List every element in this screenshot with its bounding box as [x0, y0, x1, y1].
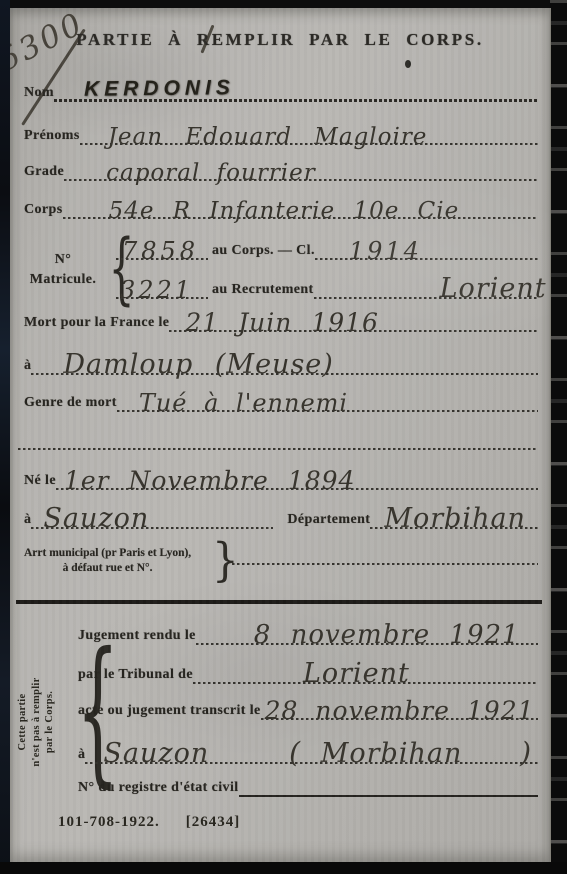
section-divider-rule: [16, 600, 542, 604]
prenoms-line: Jean Edouard Magloire: [80, 121, 538, 145]
film-edge-bottom: [0, 862, 567, 874]
sidebar-note-line1: Cette partie: [17, 694, 28, 751]
arr-municipal-label-line1: Arrt municipal (pr Paris et Lyon),: [24, 547, 191, 559]
mort-line: 21 Juin 1916: [169, 308, 538, 332]
nom-label: Nom: [24, 85, 54, 102]
tribunal-value: Lorient: [303, 658, 410, 689]
departement-value: Morbihan: [384, 503, 526, 534]
matricule-corps-line: 7858: [116, 236, 208, 260]
corps-line: 54e R Infanterie 10e Cie: [63, 195, 538, 219]
grade-label: Grade: [24, 164, 64, 181]
ne-le-label: Né le: [24, 473, 56, 490]
arr-municipal-line: [232, 541, 538, 565]
corps-value: 54e R Infanterie 10e Cie: [109, 198, 460, 224]
prenoms-value: Jean Edouard Magloire: [108, 124, 428, 150]
footer-reference: [26434]: [186, 814, 241, 831]
matricule-recrutement-line: 3221: [116, 275, 208, 299]
sidebar-note-line2: n'est pas à remplir: [31, 677, 42, 766]
mort-date: 21 Juin 1916: [185, 308, 379, 337]
field-prenoms: Prénoms Jean Edouard Magloire: [24, 121, 538, 145]
classe-value: 1914: [349, 237, 422, 265]
film-edge-left: [0, 0, 10, 874]
departement-label: Département: [287, 512, 370, 529]
matricule-label-line1: N°: [55, 252, 72, 267]
lieu-deces-value: Damloup (Meuse): [63, 349, 333, 380]
corps-label: Corps: [24, 202, 63, 219]
transcrit-line: 28 novembre 1921: [261, 696, 538, 720]
field-mort: Mort pour la France le 21 Juin 1916: [24, 308, 538, 332]
ink-dot: [405, 60, 411, 68]
lieu-naissance-value: Sauzon: [43, 503, 149, 534]
field-transcrit: acte ou jugement transcrit le 28 novembr…: [78, 696, 538, 720]
lieu-deces-label: à: [24, 358, 31, 375]
lieu-naissance-line: Sauzon: [31, 505, 273, 529]
film-edge-top: [0, 0, 567, 8]
genre-mort-line: Tué à l'ennemi: [117, 388, 538, 412]
classe-line: 1914: [315, 236, 538, 260]
footer-form-code: 101-708-1922.: [58, 814, 160, 831]
sidebar-note-line3: par le Corps.: [44, 691, 55, 753]
lieu-deces-line: Damloup (Meuse): [31, 351, 538, 375]
separator-line: [18, 426, 536, 450]
field-ne-le: Né le 1er Novembre 1894: [24, 466, 538, 490]
au-corps-label: au Corps. — Cl.: [212, 243, 315, 260]
field-corps: Corps 54e R Infanterie 10e Cie: [24, 195, 538, 219]
tribunal-line: Lorient: [193, 660, 538, 684]
lieu-transcription-label: à: [78, 747, 85, 764]
field-matricule-corps: 7858 au Corps. — Cl. 1914: [116, 236, 538, 260]
field-arr-municipal: [232, 541, 538, 565]
field-jugement-rendu: Jugement rendu le 8 novembre 1921: [78, 621, 538, 645]
region-paren-close: ): [520, 736, 532, 769]
sidebar-note: Cette partie n'est pas à remplir par le …: [16, 646, 72, 798]
jugement-rendu-line: 8 novembre 1921: [196, 621, 538, 645]
registre-label: N° du registre d'état civil: [78, 780, 239, 797]
separator-dashes: [18, 426, 536, 450]
field-tribunal: par le Tribunal de Lorient: [78, 660, 538, 684]
matricule-label: N° Matricule.: [26, 250, 100, 292]
page-title: PARTIE À REMPLIR PAR LE CORPS.: [10, 30, 550, 50]
matricule-corps-number: 7858: [122, 237, 199, 265]
footer-codes: 101-708-1922. [26434]: [58, 814, 240, 831]
lieu-transcription-value: Sauzon: [103, 738, 209, 769]
arr-municipal-label-line2: à défaut rue et N°.: [24, 561, 191, 576]
field-lieu-naissance: à Sauzon Département Morbihan: [24, 505, 538, 529]
mort-label: Mort pour la France le: [24, 315, 169, 332]
field-grade: Grade caporal fourrier: [24, 157, 538, 181]
matricule-recrutement-number: 3221: [120, 276, 193, 304]
ne-le-value: 1er Novembre 1894: [64, 466, 355, 495]
recrutement-place-value: Lorient: [440, 273, 547, 304]
lieu-transcription-line: Sauzon ( Morbihan ): [85, 740, 538, 764]
lieu-naissance-label: à: [24, 512, 31, 529]
field-registre: N° du registre d'état civil: [78, 773, 538, 797]
grade-value: caporal fourrier: [106, 160, 316, 186]
nom-line: KERDONIS: [54, 78, 538, 102]
nom-value: KERDONIS: [84, 76, 235, 102]
region-paren-open: (: [289, 736, 301, 769]
prenoms-label: Prénoms: [24, 128, 80, 145]
transcrit-label: acte ou jugement transcrit le: [78, 703, 261, 720]
recrutement-place-line: Lorient: [314, 275, 538, 299]
film-edge-right: [550, 0, 567, 874]
jugement-rendu-date: 8 novembre 1921: [254, 620, 520, 650]
ne-le-line: 1er Novembre 1894: [56, 466, 538, 490]
genre-mort-label: Genre de mort: [24, 395, 117, 412]
registre-line: [239, 773, 538, 797]
departement-line: Morbihan: [370, 505, 538, 529]
field-lieu-deces: à Damloup (Meuse): [24, 351, 538, 375]
field-nom: Nom KERDONIS: [24, 78, 538, 102]
arr-municipal-label: Arrt municipal (pr Paris et Lyon), à déf…: [24, 546, 191, 576]
grade-line: caporal fourrier: [64, 157, 538, 181]
field-genre-mort: Genre de mort Tué à l'ennemi: [24, 388, 538, 412]
matricule-label-line2: Matricule.: [30, 272, 97, 287]
region-value: Morbihan: [321, 738, 463, 769]
record-card: 5300 PARTIE À REMPLIR PAR LE CORPS. Nom …: [10, 8, 551, 862]
transcrit-date: 28 novembre 1921: [265, 696, 535, 725]
jugement-rendu-label: Jugement rendu le: [78, 628, 196, 645]
genre-mort-value: Tué à l'ennemi: [139, 389, 348, 417]
field-matricule-recrutement: 3221 au Recrutement Lorient: [116, 275, 538, 299]
field-lieu-transcription: à Sauzon ( Morbihan ): [78, 740, 538, 764]
tribunal-label: par le Tribunal de: [78, 667, 193, 684]
au-recrutement-label: au Recrutement: [212, 282, 314, 299]
